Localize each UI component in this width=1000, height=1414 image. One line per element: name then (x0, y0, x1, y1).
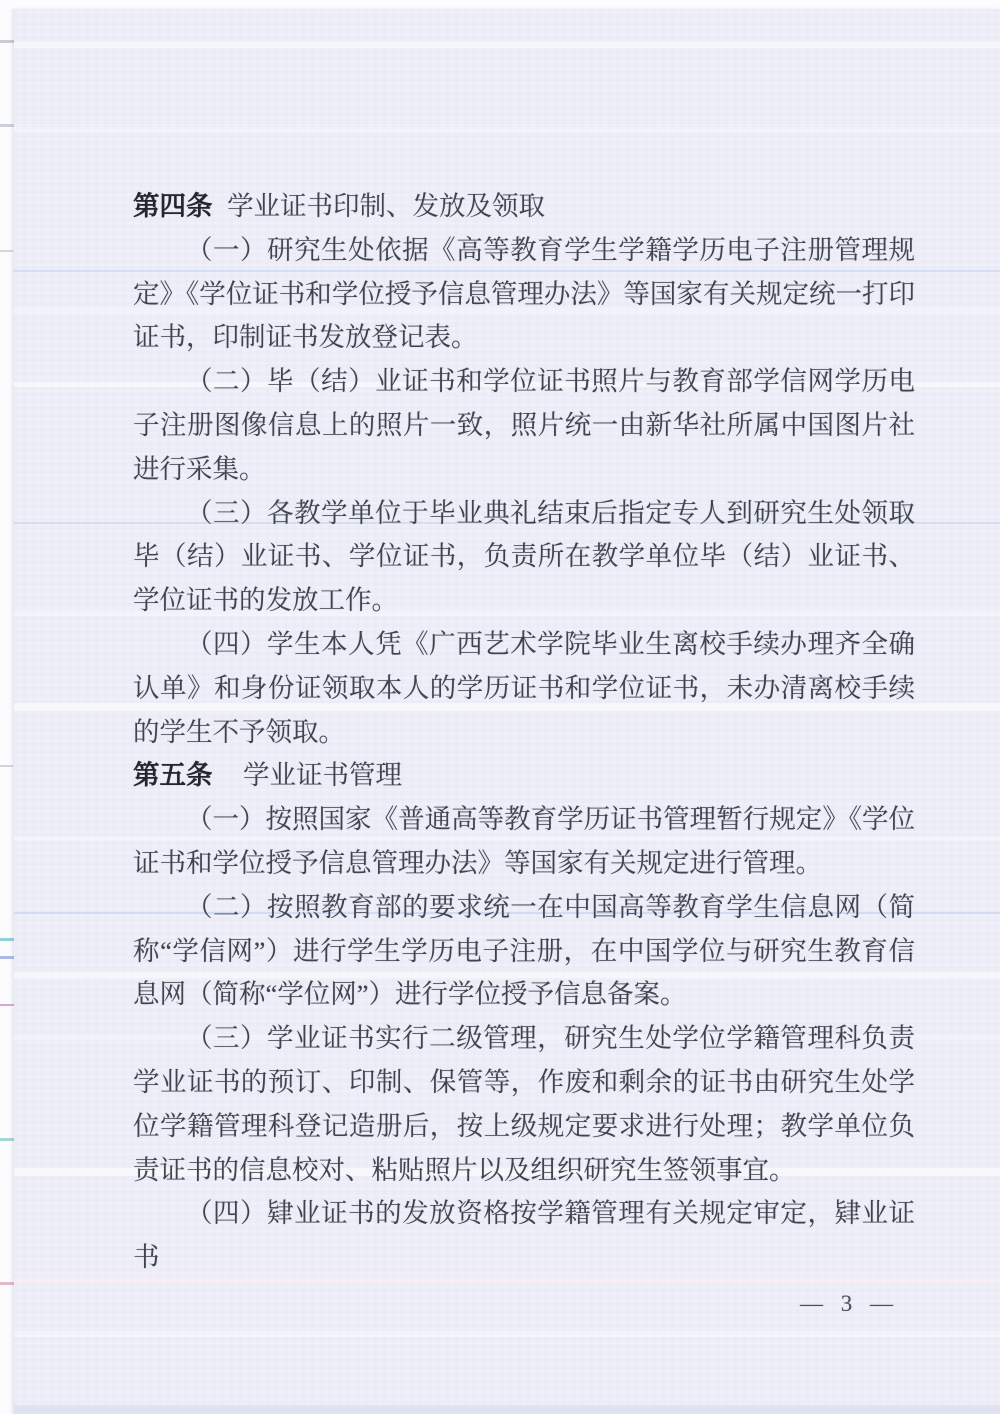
scan-mark (0, 765, 13, 767)
article-4-item-2: （二）毕（结）业证书和学位证书照片与教育部学信网学历电子注册图像信息上的照片一致… (133, 360, 915, 491)
document-page: 第四条学业证书印制、发放及领取 （一）研究生处依据《高等教育学生学籍学历电子注册… (14, 9, 1000, 1414)
scan-mark (0, 124, 14, 127)
document-body: 第四条学业证书印制、发放及领取 （一）研究生处依据《高等教育学生学籍学历电子注册… (133, 185, 915, 1280)
article-5-number: 第五条 (133, 760, 213, 790)
article-5-heading: 第五条学业证书管理 (133, 754, 915, 798)
scan-streak (14, 1331, 1000, 1337)
article-5-item-4: （四）肄业证书的发放资格按学籍管理有关规定审定，肄业证书 (133, 1192, 915, 1280)
article-5-title: 学业证书管理 (243, 760, 402, 790)
scan-mark (0, 956, 15, 959)
article-4-item-3: （三）各教学单位于毕业典礼结束后指定专人到研究生处领取毕（结）业证书、学位证书，… (133, 492, 915, 623)
scan-mark (0, 1138, 15, 1141)
page-number: — 3 — (800, 1291, 899, 1317)
scan-mark (0, 250, 13, 252)
scan-streak (14, 42, 1000, 48)
article-4-item-4: （四）学生本人凭《广西艺术学院毕业生离校手续办理齐全确认单》和身份证领取本人的学… (133, 623, 915, 754)
scan-streak (14, 1405, 1000, 1414)
scan-mark (0, 40, 15, 43)
article-4-title: 学业证书印制、发放及领取 (227, 191, 545, 221)
article-4-number: 第四条 (133, 191, 213, 221)
scan-stage: 第四条学业证书印制、发放及领取 （一）研究生处依据《高等教育学生学籍学历电子注册… (0, 0, 1000, 1414)
article-4-heading: 第四条学业证书印制、发放及领取 (133, 185, 915, 229)
scan-mark (0, 1282, 15, 1285)
scan-streak (14, 127, 1000, 132)
article-5-item-2: （二）按照教育部的要求统一在中国高等教育学生信息网（简称“学信网”）进行学生学历… (133, 886, 915, 1017)
article-5-item-3: （三）学业证书实行二级管理，研究生处学位学籍管理科负责学业证书的预订、印制、保管… (133, 1017, 915, 1192)
article-5-item-1: （一）按照国家《普通高等教育学历证书管理暂行规定》《学位证书和学位授予信息管理办… (133, 798, 915, 886)
article-4-item-1: （一）研究生处依据《高等教育学生学籍学历电子注册管理规定》《学位证书和学位授予信… (133, 229, 915, 360)
scan-mark (0, 1004, 14, 1006)
